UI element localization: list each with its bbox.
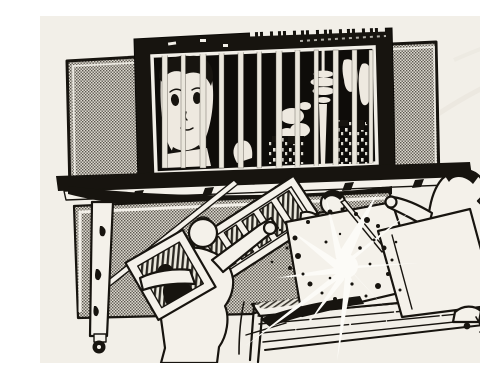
right-worker-hand xyxy=(386,197,397,208)
left-worker-head xyxy=(189,219,217,247)
illustration-svg xyxy=(40,16,480,363)
left-worker-hand xyxy=(264,222,276,234)
barred-frame xyxy=(134,28,395,182)
signature-dot xyxy=(464,323,471,330)
illustration-canvas: Black-and-white halftone illustration: a… xyxy=(40,16,480,363)
